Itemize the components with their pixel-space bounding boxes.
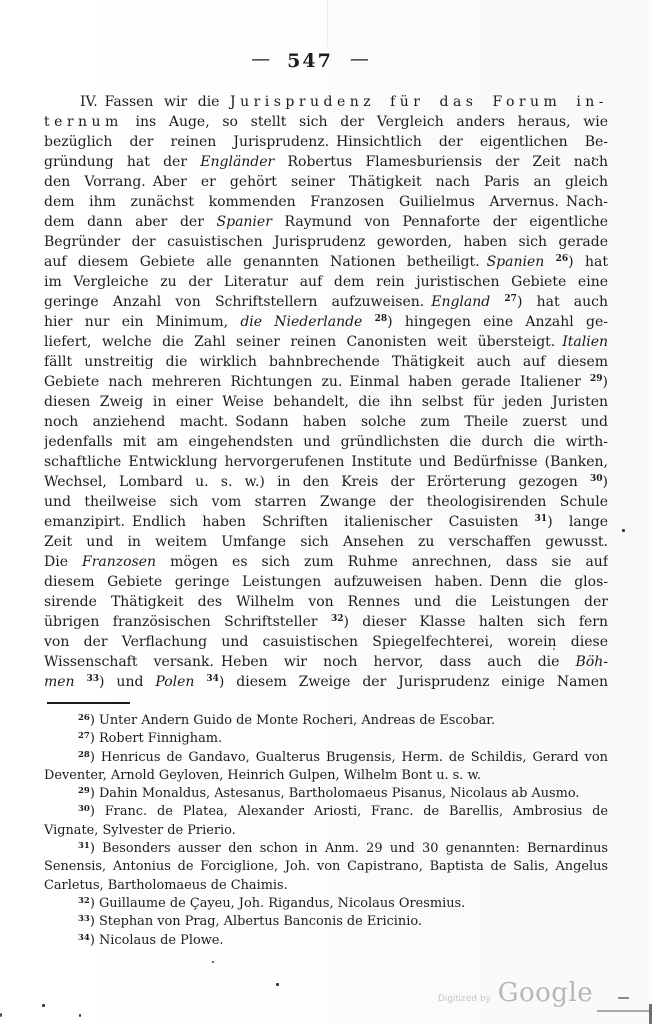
body-text-segment: ) hat: [568, 254, 608, 270]
footnote-item: 33) Stephan von Prag, Albertus Banconis …: [44, 913, 608, 931]
digitized-by-label: Digitized by: [438, 993, 491, 1004]
footnote-ref: 32: [331, 614, 344, 624]
body-text-segment: Jurisprudenz für das Forum in-: [230, 94, 608, 110]
body-line: Wissenschaft versank. Heben wir noch her…: [44, 652, 608, 672]
body-line: noch anziehend macht. Sodann haben solch…: [44, 412, 608, 432]
footnote-ref: 26: [556, 254, 569, 264]
page-header: —547—: [0, 50, 620, 72]
body-line: geringe Anzahl von Schriftstellern aufzu…: [44, 292, 608, 312]
body-text-segment: jedenfalls mit am eingehendsten und grün…: [44, 434, 608, 450]
body-text-segment: IV. Fassen wir die: [80, 94, 230, 110]
body-text-segment: mögen es sich zum Ruhme anrechnen, dass …: [156, 554, 608, 570]
body-line: auf diesem Gebiete alle genannten Nation…: [44, 252, 608, 272]
body-line: sirende Thätigkeit des Wilhelm von Renne…: [44, 592, 608, 612]
body-line: Zeit und in weitem Umfange sich Ansehen …: [44, 532, 608, 552]
footnote-item: 30) Franc. de Platea, Alexander Ariosti,…: [44, 803, 608, 840]
body-text-segment: ): [603, 374, 608, 390]
footnote-item: 27) Robert Finnigham.: [44, 730, 608, 748]
footnote-separator: [47, 702, 130, 704]
google-logo: Google: [498, 978, 593, 1008]
body-text-segment: Polen: [155, 674, 206, 690]
body-text-segment: gründung hat der: [44, 154, 200, 170]
footnote-marker: 29: [78, 786, 90, 796]
body-text-segment: Böh-: [576, 654, 608, 670]
body-text-segment: übrigen französischen Schriftsteller: [44, 614, 331, 630]
header-dash-left: —: [251, 48, 270, 70]
body-text-segment: diesen Zweig in einer Weise behandelt, d…: [44, 394, 608, 410]
body-text-segment: Italien: [562, 334, 608, 350]
footnote-item: 26) Unter Andern Guido de Monte Rocheri,…: [44, 712, 608, 730]
footnote-text: ) Robert Finnigham.: [90, 731, 222, 746]
footnote-ref: 27: [504, 294, 517, 304]
body-line: fällt unstreitig die wirklich bahnbreche…: [44, 352, 608, 372]
footnote-text: ) Nicolaus de Plowe.: [90, 933, 224, 948]
body-text-segment: Raymund von Pennaforte der eigentliche: [272, 214, 608, 230]
body-line: diesen Zweig in einer Weise behandelt, d…: [44, 392, 608, 412]
header-dash-right: —: [350, 48, 369, 70]
footnote-ref: 29: [590, 374, 603, 384]
footnote-marker: 27: [78, 731, 90, 741]
body-text-segment: geringe Anzahl von Schriftstellern aufzu…: [44, 294, 431, 310]
body-text-segment: ) hat auch: [517, 294, 608, 310]
body-text-segment: bezüglich der reinen Jurisprudenz. Hinsi…: [44, 134, 608, 150]
footnote-ref: 31: [535, 514, 548, 524]
body-text-segment: dem ihm zunächst kommenden Franzosen Gui…: [44, 194, 608, 210]
body-text-segment: die Niederlande: [240, 314, 374, 330]
body-text-segment: hier nur ein Minimum,: [44, 314, 240, 330]
body-text-segment: ) hingegen eine Anzahl ge-: [387, 314, 608, 330]
body-line: und theilweise sich vom starren Zwange d…: [44, 492, 608, 512]
body-text-segment: den Vorrang. Aber er gehört seiner Thäti…: [44, 174, 608, 190]
body-text-segment: England: [431, 294, 504, 310]
scan-speck: [0, 1013, 2, 1017]
body-line: dem ihm zunächst kommenden Franzosen Gui…: [44, 192, 608, 212]
body-text-segment: Die: [44, 554, 82, 570]
body-text-segment: Spanien: [487, 254, 556, 270]
scan-speck: [276, 983, 279, 986]
scan-fold-line: [327, 0, 328, 46]
body-text-segment: Begründer der casuistischen Jurisprudenz…: [44, 234, 608, 250]
body-text-segment: Franzosen: [82, 554, 156, 570]
footnote-ref: 33: [87, 674, 100, 684]
footnote-text: ) Dahin Monaldus, Astesanus, Bartholomae…: [90, 786, 580, 801]
footnote-text: ) Guillaume de Çayeu, Joh. Rigandus, Nic…: [90, 896, 465, 911]
body-text-segment: dem dann aber der: [44, 214, 217, 230]
footnote-text: ) Franc. de Platea, Alexander Ariosti, F…: [44, 804, 608, 837]
body-text-segment: diesem Gebiete geringe Leistungen aufzuw…: [44, 574, 608, 590]
footnote-ref: 28: [375, 314, 388, 324]
scan-speck: [42, 1004, 45, 1007]
footnote-text: ) Henricus de Gandavo, Gualterus Brugens…: [44, 750, 608, 783]
body-line: IV. Fassen wir die Jurisprudenz für das …: [44, 92, 608, 112]
body-text-segment: sirende Thätigkeit des Wilhelm von Renne…: [44, 594, 608, 610]
body-line: jedenfalls mit am eingehendsten und grün…: [44, 432, 608, 452]
google-watermark: Digitized by Google: [438, 978, 593, 1008]
body-text-segment: Wissenschaft versank. Heben wir noch her…: [44, 654, 576, 670]
body-text-segment: Spanier: [217, 214, 272, 230]
scan-mark-dash: [618, 997, 629, 999]
body-text-segment: Gebiete nach mehreren Richtungen zu. Ein…: [44, 374, 590, 390]
footnotes: 26) Unter Andern Guido de Monte Rocheri,…: [44, 712, 608, 950]
scan-speck: [622, 529, 625, 532]
body-line: diesem Gebiete geringe Leistungen aufzuw…: [44, 572, 608, 592]
body-text-segment: Zeit und in weitem Umfange sich Ansehen …: [44, 534, 608, 550]
body-line: bezüglich der reinen Jurisprudenz. Hinsi…: [44, 132, 608, 152]
body-text-segment: ) dieser Klasse halten sich fern: [344, 614, 609, 630]
body-line: emanzipirt. Endlich haben Schriften ital…: [44, 512, 608, 532]
footnote-item: 29) Dahin Monaldus, Astesanus, Bartholom…: [44, 785, 608, 803]
footnote-item: 34) Nicolaus de Plowe.: [44, 932, 608, 950]
body-text-segment: ) und: [99, 674, 155, 690]
footnote-text: ) Stephan von Prag, Albertus Banconis de…: [90, 914, 422, 929]
body-line: dem dann aber der Spanier Raymund von Pe…: [44, 212, 608, 232]
body-text-segment: schaftliche Entwicklung hervorgerufenen …: [44, 454, 608, 470]
body-text-segment: im Vergleiche zu der Literatur auf dem r…: [44, 274, 608, 290]
footnote-item: 28) Henricus de Gandavo, Gualterus Bruge…: [44, 749, 608, 786]
body-text-segment: ) lange: [547, 514, 608, 530]
footnote-marker: 31: [78, 841, 90, 851]
body-text-segment: ternum: [44, 114, 123, 130]
body-line: schaftliche Entwicklung hervorgerufenen …: [44, 452, 608, 472]
body-text-segment: Robertus Flamesburiensis der Zeit nach: [274, 154, 608, 170]
body-line: Gebiete nach mehreren Richtungen zu. Ein…: [44, 372, 608, 392]
body-line: Wechsel, Lombard u. s. w.) in den Kreis …: [44, 472, 608, 492]
body-text-segment: und theilweise sich vom starren Zwange d…: [44, 494, 608, 510]
body-text-segment: fällt unstreitig die wirklich bahnbreche…: [44, 354, 608, 370]
body-text-segment: noch anziehend macht. Sodann haben solch…: [44, 414, 608, 430]
footnote-marker: 28: [78, 750, 90, 760]
body-text-segment: ): [603, 474, 608, 490]
scan-edge-line-horizontal: [597, 1010, 652, 1012]
body-text-segment: auf diesem Gebiete alle genannten Nation…: [44, 254, 487, 270]
body-line: von der Verflachung und casuistischen Sp…: [44, 632, 608, 652]
body-line: men 33) und Polen 34) diesem Zweige der …: [44, 672, 608, 692]
body-line: Die Franzosen mögen es sich zum Ruhme an…: [44, 552, 608, 572]
body-line: übrigen französischen Schriftsteller 32)…: [44, 612, 608, 632]
page-number: 547: [287, 50, 333, 72]
footnote-marker: 34: [78, 933, 90, 943]
body-text-segment: Wechsel, Lombard u. s. w.) in den Kreis …: [44, 474, 590, 490]
footnote-marker: 26: [78, 713, 90, 723]
footnote-text: ) Besonders ausser den schon in Anm. 29 …: [44, 841, 608, 893]
body-text-segment: men: [44, 674, 87, 690]
body-text: IV. Fassen wir die Jurisprudenz für das …: [44, 92, 608, 692]
body-text-segment: emanzipirt. Endlich haben Schriften ital…: [44, 514, 535, 530]
body-line: ternum ins Auge, so stellt sich der Verg…: [44, 112, 608, 132]
scan-speck: [592, 157, 594, 159]
footnote-ref: 30: [590, 474, 603, 484]
body-line: gründung hat der Engländer Robertus Flam…: [44, 152, 608, 172]
body-line: im Vergleiche zu der Literatur auf dem r…: [44, 272, 608, 292]
body-line: den Vorrang. Aber er gehört seiner Thäti…: [44, 172, 608, 192]
footnote-item: 32) Guillaume de Çayeu, Joh. Rigandus, N…: [44, 895, 608, 913]
scan-speck: [79, 1014, 81, 1017]
body-line: liefert, welche die Zahl seiner reinen C…: [44, 332, 608, 352]
body-text-segment: ) diesem Zweige der Jurisprudenz einige …: [219, 674, 608, 690]
footnote-marker: 32: [78, 896, 90, 906]
body-text-segment: von der Verflachung und casuistischen Sp…: [44, 634, 608, 650]
footnote-marker: 30: [78, 804, 90, 814]
body-text-segment: Engländer: [200, 154, 274, 170]
body-line: hier nur ein Minimum, die Niederlande 28…: [44, 312, 608, 332]
scanned-book-page: —547— IV. Fassen wir die Jurisprudenz fü…: [0, 0, 652, 1024]
body-line: Begründer der casuistischen Jurisprudenz…: [44, 232, 608, 252]
body-text-segment: ins Auge, so stellt sich der Vergleich a…: [123, 114, 608, 130]
footnote-item: 31) Besonders ausser den schon in Anm. 2…: [44, 840, 608, 895]
body-text-segment: liefert, welche die Zahl seiner reinen C…: [44, 334, 562, 350]
footnote-marker: 33: [78, 914, 90, 924]
scan-speck: [553, 648, 555, 650]
footnote-ref: 34: [206, 674, 219, 684]
scan-speck: [212, 961, 214, 963]
footnote-text: ) Unter Andern Guido de Monte Rocheri, A…: [90, 713, 495, 728]
